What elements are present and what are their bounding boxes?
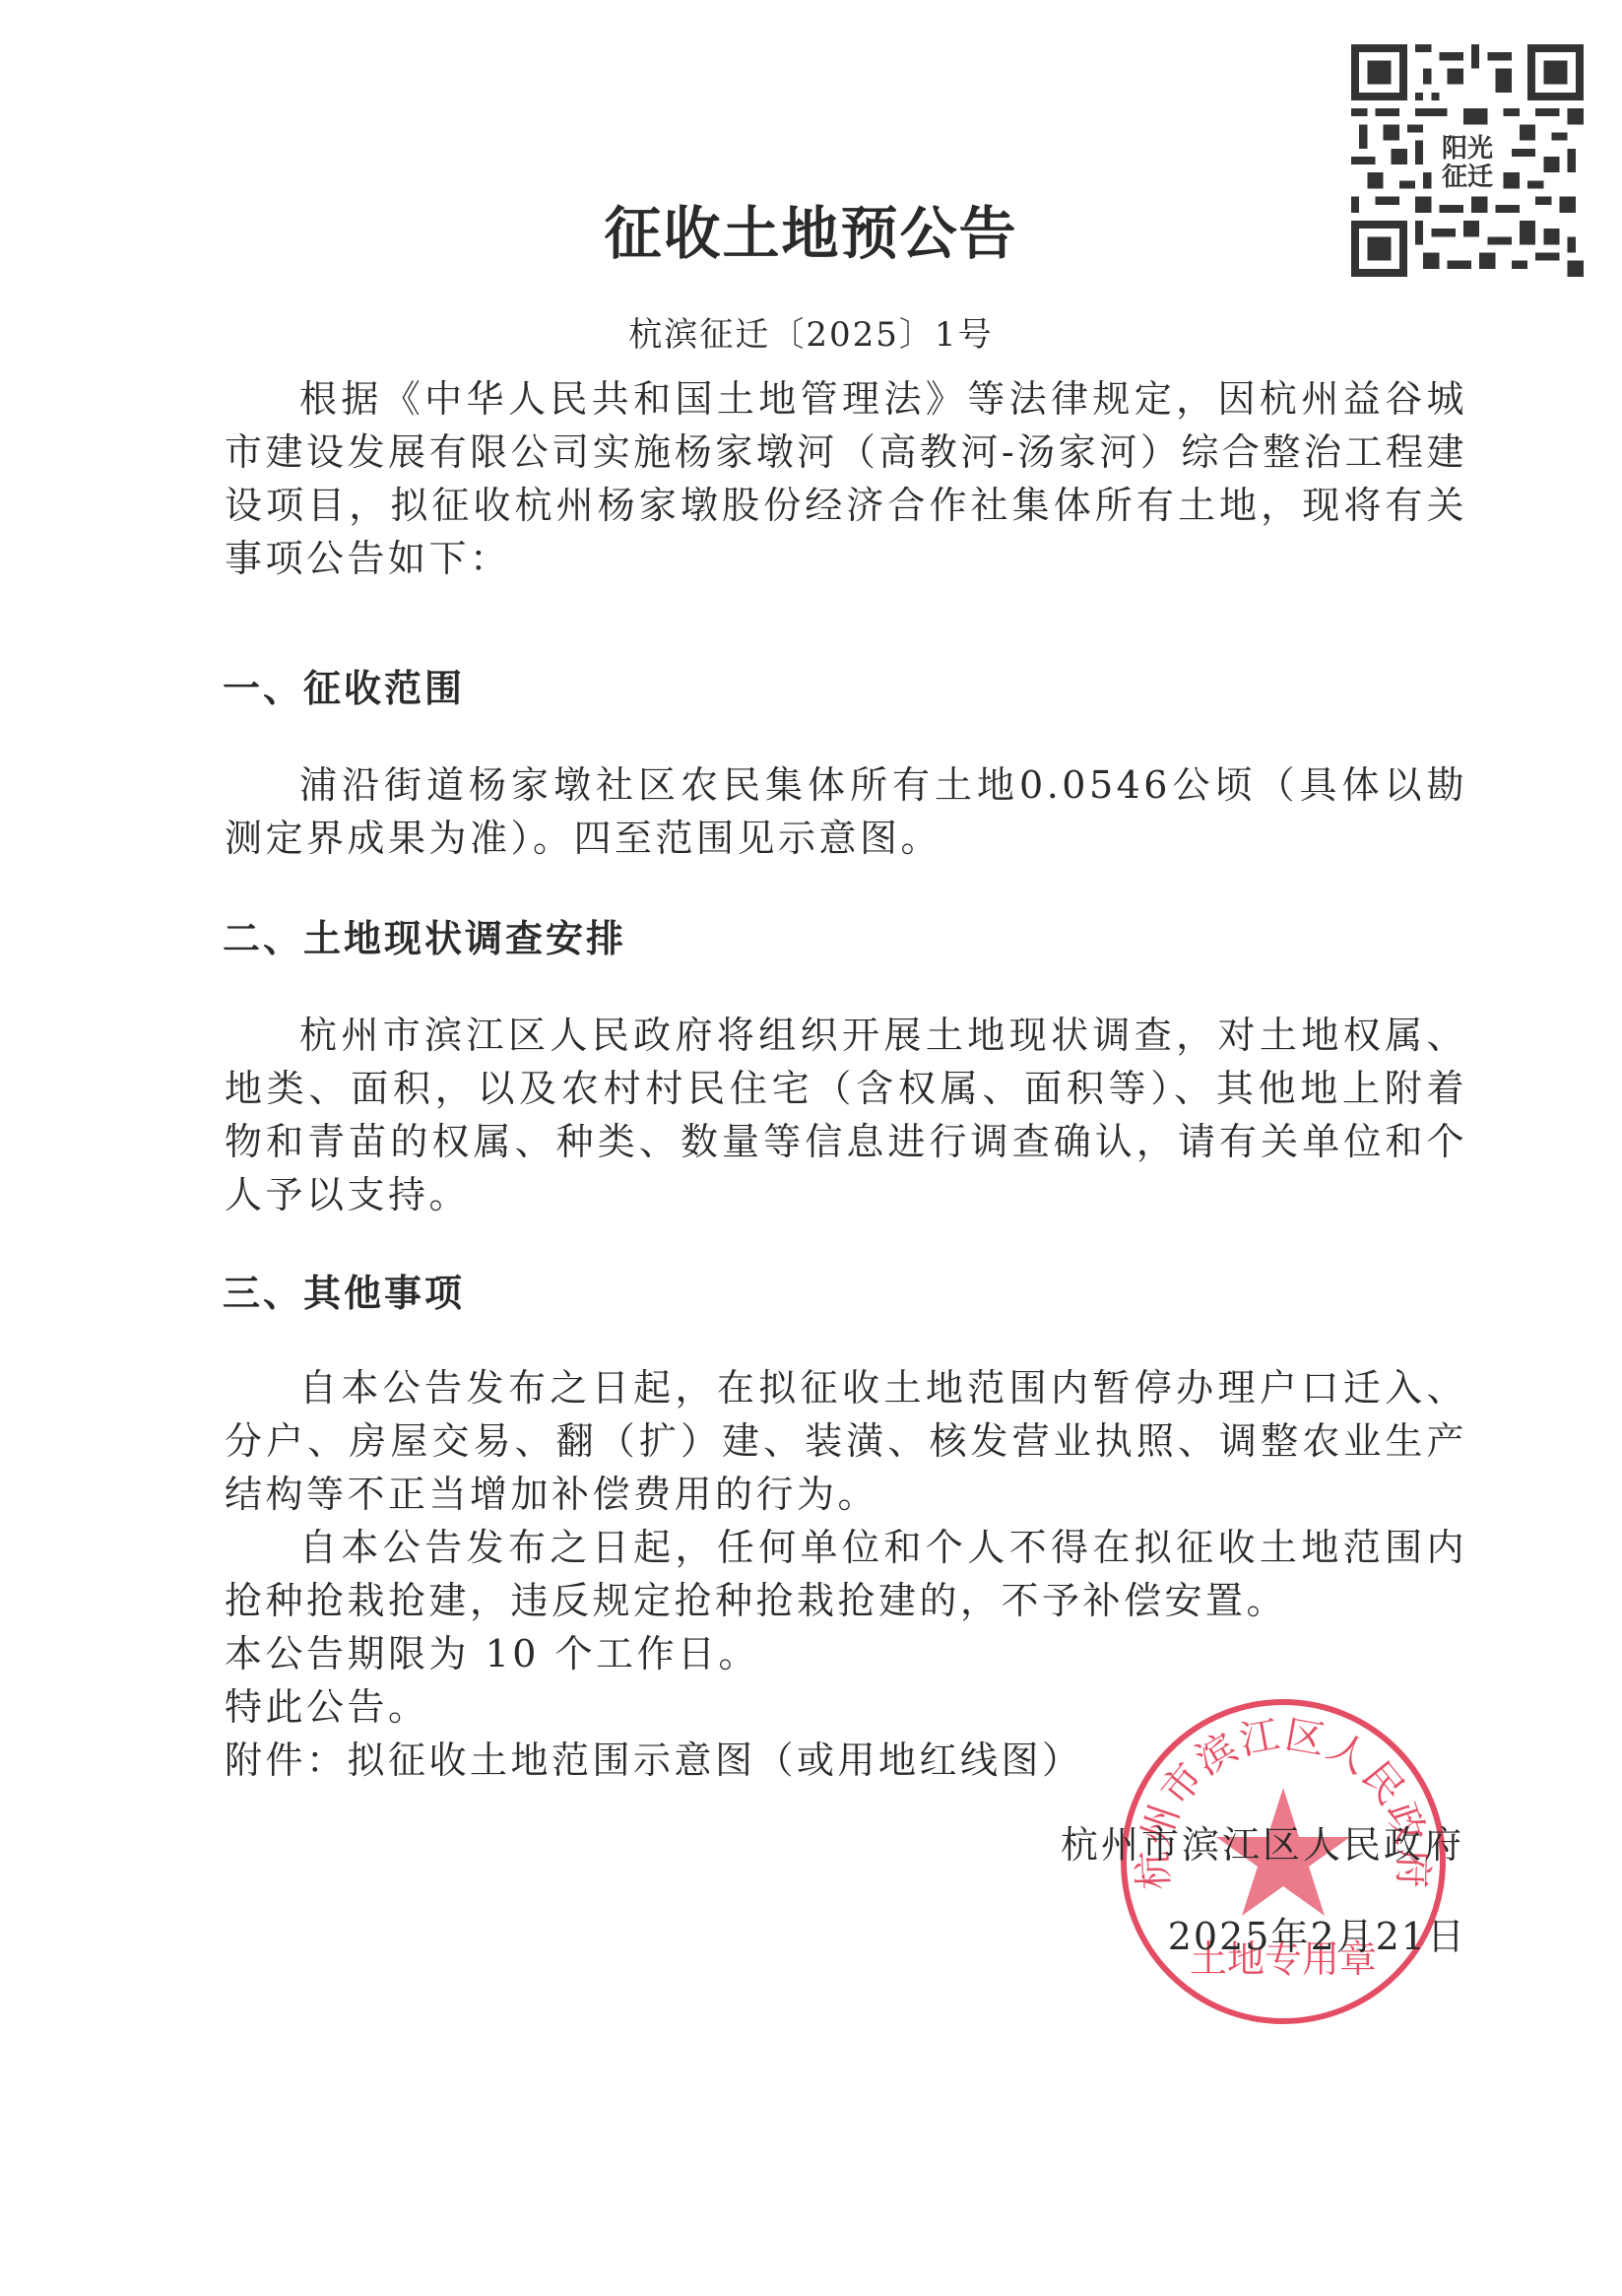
section-3-paragraph-1: 自本公告发布之日起，在拟征收土地范围内暂停办理户口迁入、分户、房屋交易、翻（扩）… [225,1361,1467,1521]
svg-text:阳光: 阳光 [1442,134,1493,164]
issuing-authority: 杭州市滨江区人民政府 [1061,1814,1464,1869]
section-1-paragraph: 浦沿街道杨家墩社区农民集体所有土地0.0546公顷（具体以勘测定界成果为准）。四… [225,758,1467,865]
attachment-note: 附件：拟征收土地范围示意图（或用地红线图） [225,1734,1083,1787]
intro-paragraph: 根据《中华人民共和国土地管理法》等法律规定，因杭州益谷城市建设发展有限公司实施杨… [225,372,1467,585]
notice-period: 本公告期限为 10 个工作日。 [225,1627,759,1680]
issue-date: 2025年2月21日 [1168,1906,1466,1960]
section-2-paragraph: 杭州市滨江区人民政府将组织开展土地现状调查，对土地权属、地类、面积，以及农村村民… [225,1009,1467,1221]
document-number: 杭滨征迁〔2025〕1号 [0,307,1622,356]
document-title: 征收土地预公告 [0,187,1622,270]
section-3-paragraph-2: 自本公告发布之日起，任何单位和个人不得在拟征收土地范围内抢种抢栽抢建，违反规定抢… [225,1521,1467,1627]
section-heading-3: 三、其他事项 [223,1263,465,1317]
closing-text: 特此公告。 [225,1680,429,1734]
document-page: 阳光 征迁 征收土地预公告 杭滨征迁〔2025〕1号 根据《中华人民共和国土地管… [0,0,1622,2296]
section-heading-1: 一、征收范围 [223,658,465,712]
section-heading-2: 二、土地现状调查安排 [223,908,626,962]
